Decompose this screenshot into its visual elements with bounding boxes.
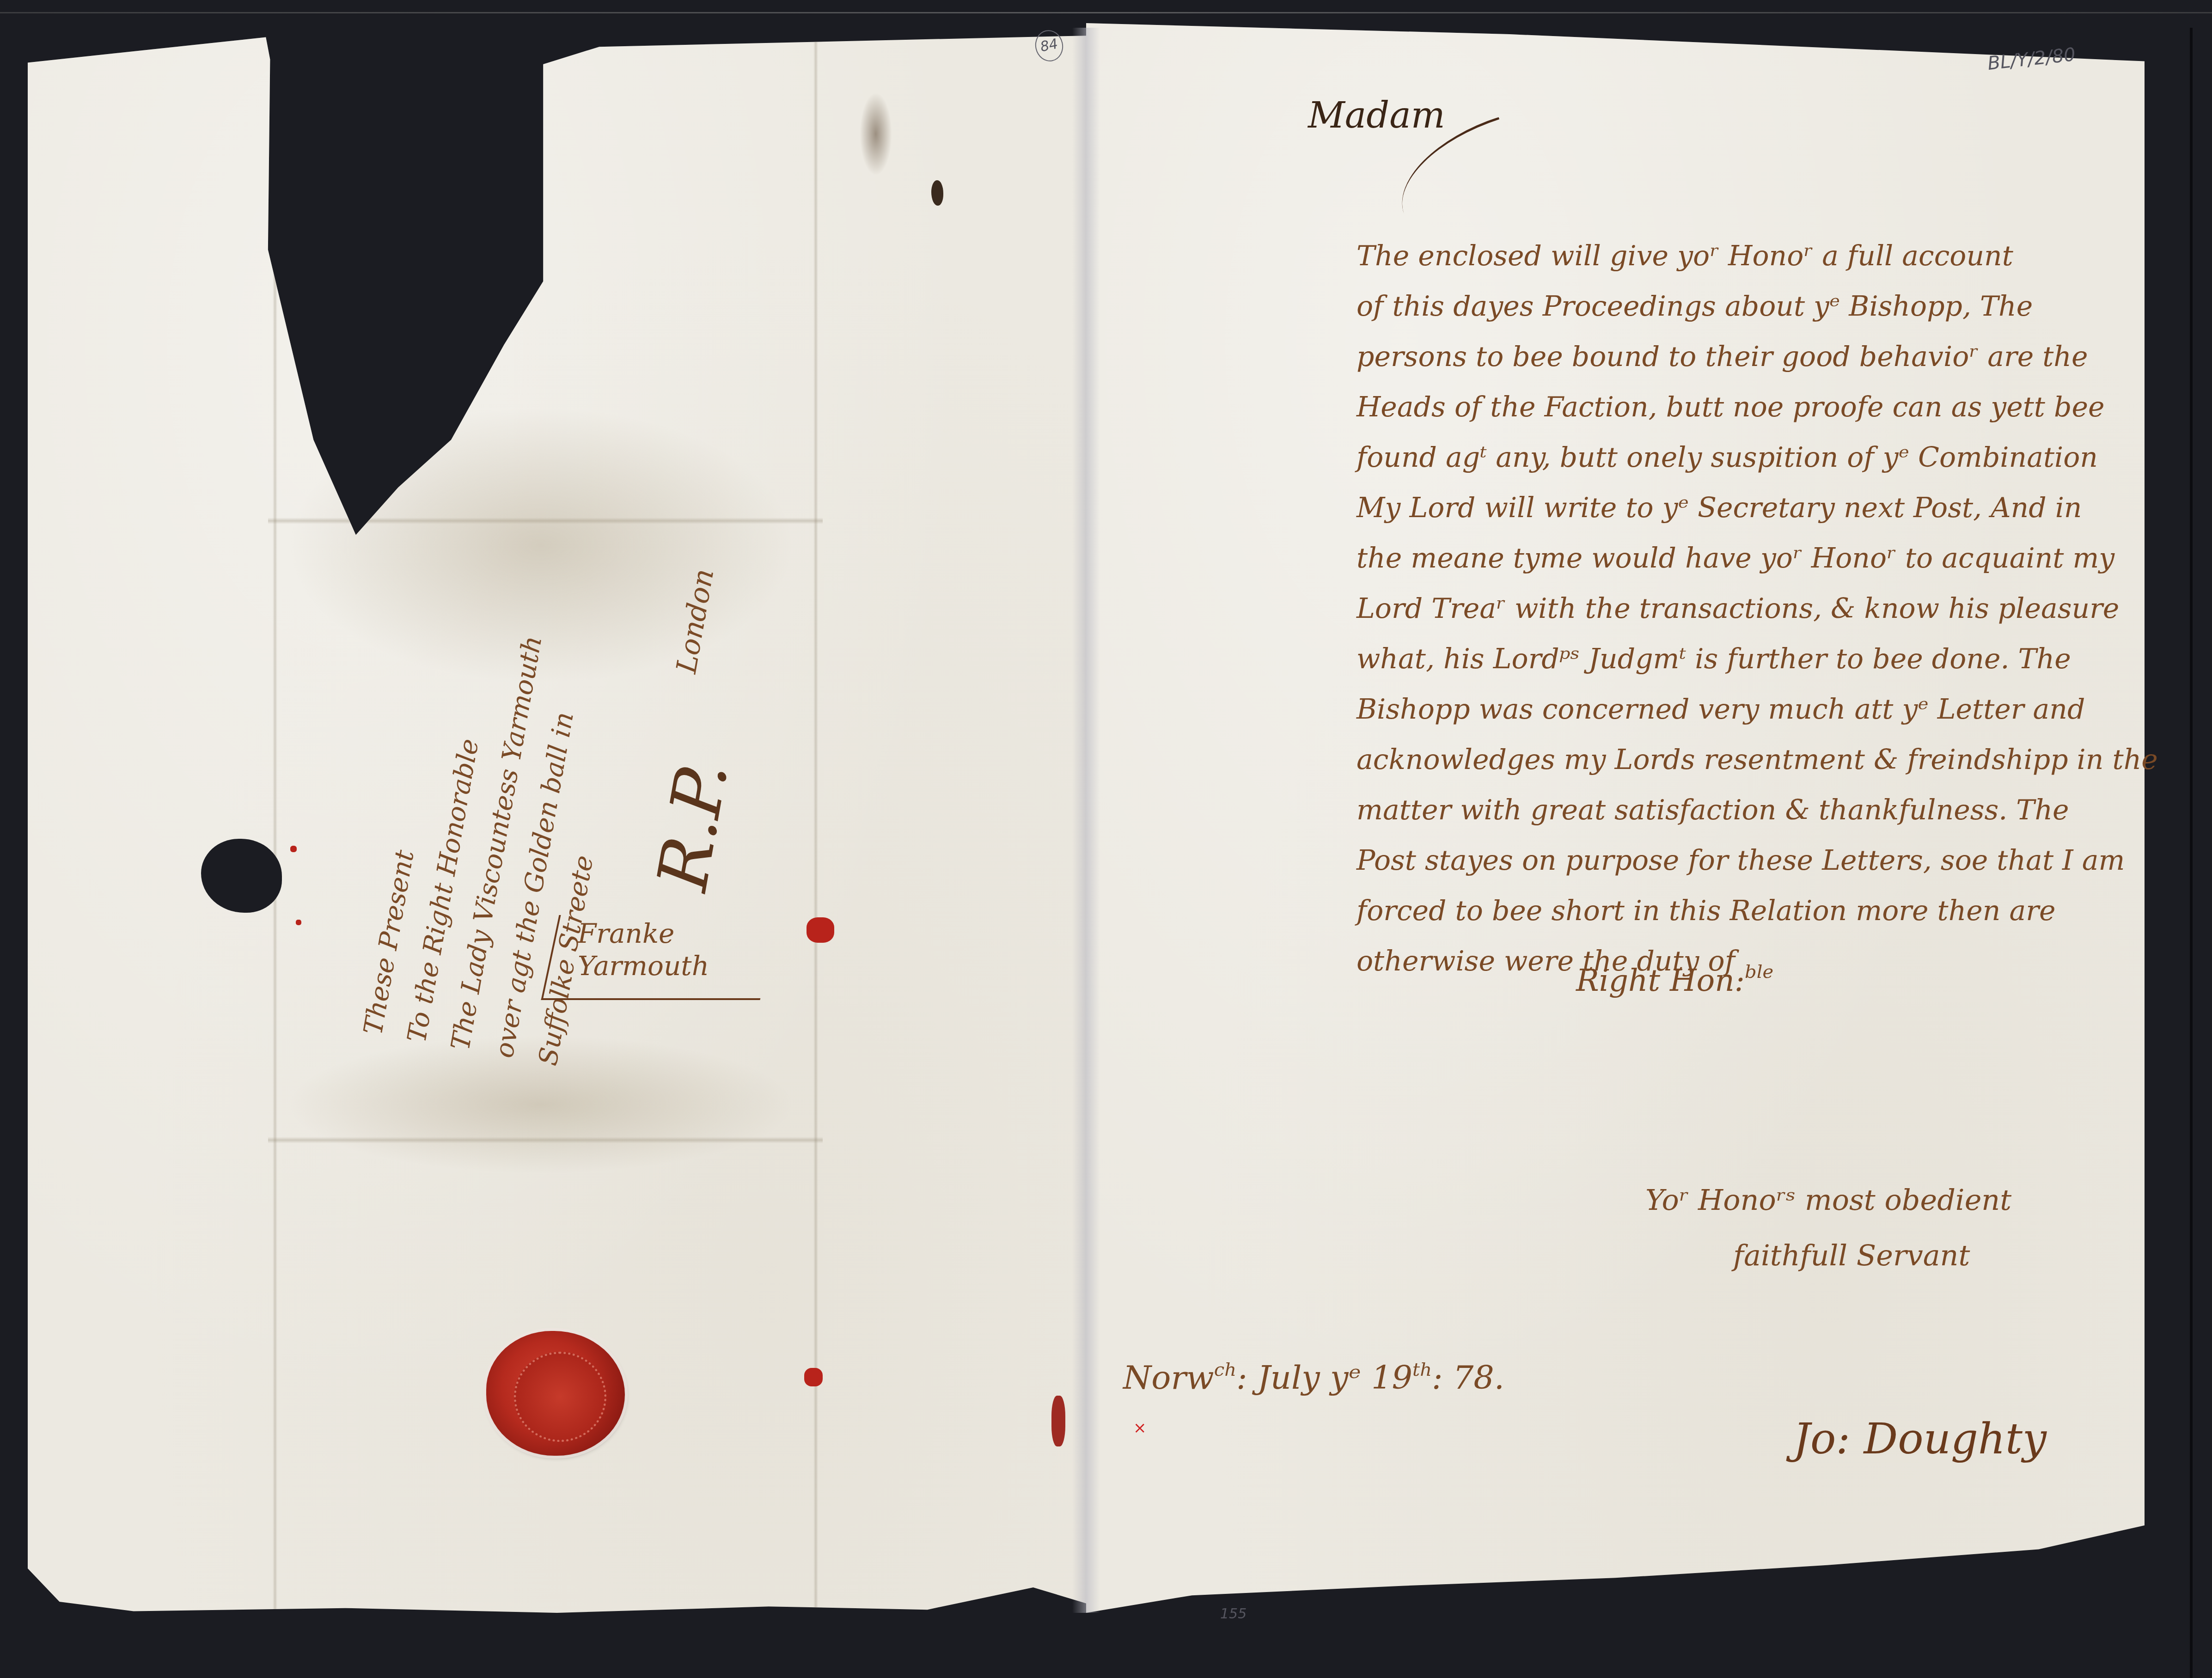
- body-line: Bishopp was concerned very much att yᵉ L…: [1357, 684, 2158, 735]
- date-place: Norw: [1123, 1359, 1214, 1397]
- mat-right-edge: [2190, 28, 2193, 1678]
- ink-blot-stain: [860, 92, 892, 176]
- body-line: what, his Lordᵖˢ Judgmᵗ is further to be…: [1357, 634, 2158, 684]
- date-day: : July yᵉ 19: [1236, 1359, 1412, 1397]
- body-line: The enclosed will give yoʳ Honoʳ a full …: [1357, 231, 2158, 281]
- wax-seal: [486, 1331, 625, 1456]
- signature: Jo: Doughty: [1793, 1414, 2047, 1464]
- mat-edge-line: [0, 12, 2212, 13]
- dateline: Norwch: July yᵉ 19th: 78.: [1123, 1359, 1504, 1397]
- body-line: acknowledges my Lords resentment & frein…: [1357, 735, 2158, 785]
- frank-line: Franke: [578, 917, 709, 950]
- body-line: matter with great satisfaction & thankfu…: [1357, 785, 2158, 836]
- closing-address-text: Right Hon:: [1576, 963, 1745, 998]
- body-line: persons to bee bound to their good behav…: [1357, 332, 2158, 382]
- wax-residue: [1051, 1396, 1065, 1446]
- red-cross-mark: ×: [1133, 1419, 1147, 1437]
- body-line: forced to bee short in this Relation mor…: [1357, 886, 2158, 936]
- wax-residue: [804, 1368, 823, 1386]
- date-place-superscript: ch: [1214, 1359, 1236, 1380]
- seal-impression: [514, 1352, 606, 1442]
- ink-blot: [931, 180, 943, 206]
- body-line: Post stayes on purpose for these Letters…: [1357, 836, 2158, 886]
- body-line: Lord Treaʳ with the transactions, & know…: [1357, 584, 2158, 634]
- vertical-fold: [273, 28, 277, 1613]
- frank-line: Yarmouth: [578, 950, 709, 982]
- date-year: : 78.: [1432, 1359, 1504, 1397]
- closing-address: Right Hon:ble: [1576, 961, 1773, 998]
- frank-signature: Franke Yarmouth: [578, 917, 709, 982]
- letter-body: The enclosed will give yoʳ Honoʳ a full …: [1357, 231, 2158, 987]
- body-line: found agᵗ any, butt onely suspition of y…: [1357, 433, 2158, 483]
- date-day-superscript: th: [1412, 1359, 1432, 1380]
- wax-residue: [296, 920, 301, 925]
- salutation: Madam: [1308, 95, 1445, 136]
- valediction-line-1: Yoʳ Honoʳˢ most obedient: [1645, 1183, 2011, 1217]
- body-line: My Lord will write to yᵉ Secretary next …: [1357, 483, 2158, 533]
- wax-residue: [290, 846, 297, 852]
- page-number: 155: [1220, 1606, 1247, 1622]
- body-line: the meane tyme would have yoʳ Honoʳ to a…: [1357, 533, 2158, 584]
- center-gutter-fold: [1072, 28, 1100, 1613]
- wax-residue: [807, 917, 834, 943]
- closing-address-superscript: ble: [1745, 961, 1773, 982]
- body-line: Heads of the Faction, butt noe proofe ca…: [1357, 382, 2158, 433]
- valediction-line-2: faithfull Servant: [1733, 1239, 1970, 1272]
- body-line: of this dayes Proceedings about yᵉ Bisho…: [1357, 281, 2158, 332]
